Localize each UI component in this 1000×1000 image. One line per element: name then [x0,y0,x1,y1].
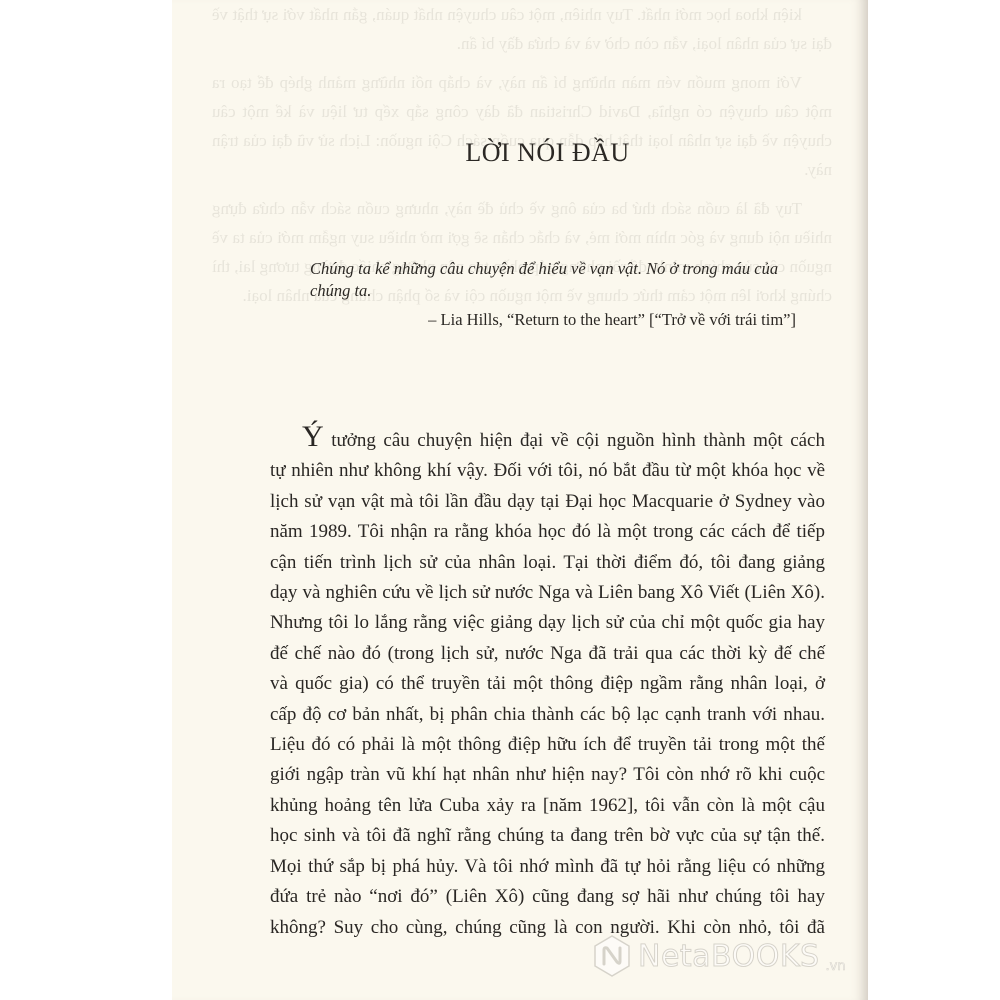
body-line: Nhưng tôi lo lắng rằng việc giảng dạy lị… [270,608,825,638]
body-line: học sinh và tôi đã nghĩ rằng chúng ta đa… [270,821,825,851]
body-line: tự nhiên như không khí vậy. Đối với tôi,… [270,456,825,486]
bleed-paragraph: kiện khoa học mới nhất. Tuy nhiên, một c… [212,0,832,58]
drop-cap: Ý [302,420,324,453]
body-line: giới ngập tràn vũ khí hạt nhân như hiện … [270,760,825,790]
body-line: Liệu đó có phải là một thông điệp hữu íc… [270,730,825,760]
body-line: Ý tưởng câu chuyện hiện đại về cội nguồn… [270,426,825,456]
epigraph-attribution: – Lia Hills, “Return to the heart” [“Trở… [270,310,796,330]
epigraph-quote: Chúng ta kể những câu chuyện để hiểu về … [310,258,796,302]
netabooks-watermark: NetaBOOKS .vn [592,934,846,978]
body-line: dạy và nghiên cứu về lịch sử nước Nga và… [270,578,825,608]
chapter-title: LỜI NÓI ĐẦU [270,138,825,168]
netabooks-hexagon-logo-icon [592,934,632,978]
body-line: khủng hoảng tên lửa Cuba xảy ra [năm 196… [270,791,825,821]
body-line: cấp độ cơ bản nhất, bị phân chia thành c… [270,700,825,730]
body-line: đứa trẻ nào “nơi đó” (Liên Xô) cũng đang… [270,882,825,912]
body-line: đế chế nào đó (trong lịch sử, nước Nga đ… [270,639,825,669]
body-line: lịch sử vạn vật mà tôi lần đầu dạy tại Đ… [270,487,825,517]
watermark-suffix: .vn [826,959,846,974]
body-line: Mọi thứ sắp bị phá hủy. Và tôi nhớ mình … [270,852,825,882]
body-line: và quốc gia) có thể truyền tải một thông… [270,669,825,699]
body-text: Ý tưởng câu chuyện hiện đại về cội nguồn… [270,426,825,943]
body-line: cận tiến trình lịch sử của nhân loại. Tạ… [270,548,825,578]
body-line: năm 1989. Tôi nhận ra rằng khóa học đó l… [270,517,825,547]
watermark-text: NetaBOOKS [638,939,820,974]
